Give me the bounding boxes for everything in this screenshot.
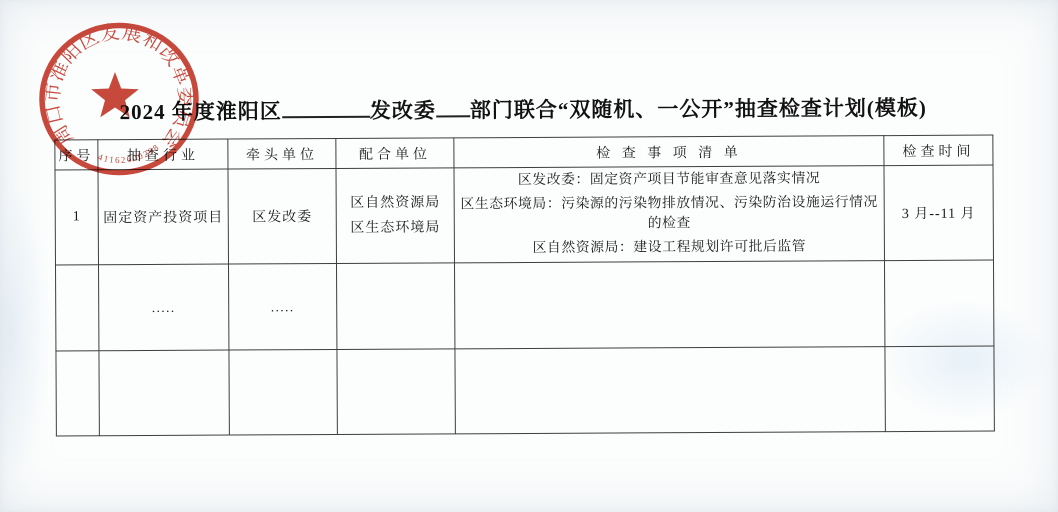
fill-in-blank-line xyxy=(282,96,370,118)
cell-inspection-items xyxy=(454,261,884,349)
cell-coop-units xyxy=(337,349,455,435)
table-header-row: 序号 抽查行业 牵头单位 配合单位 检 查 事 项 清 单 检查时间 xyxy=(55,135,993,170)
inspection-plan-table: 序号 抽查行业 牵头单位 配合单位 检 查 事 项 清 单 检查时间 1 固定资… xyxy=(54,135,995,437)
inspection-item: 区自然资源局：建设工程规划许可批后监管 xyxy=(455,236,884,258)
cell-schedule xyxy=(884,260,993,347)
header-items: 检 查 事 项 清 单 xyxy=(454,136,884,168)
fill-in-blank-line xyxy=(436,95,470,117)
coop-unit: 区生态环境局 xyxy=(337,215,454,241)
cell-industry: 固定资产投资项目 xyxy=(98,169,228,265)
cell-lead-unit xyxy=(229,349,337,435)
coop-unit: 区自然资源局 xyxy=(337,190,454,216)
inspection-item: 区生态环境局：污染源的污染物排放情况、污染防治设施运行情况的检查 xyxy=(455,192,884,234)
document-content: 2024 年度淮阳区发改委部门联合“双随机、一公开”抽查检查计划(模板) 序号 … xyxy=(54,92,994,437)
cell-schedule: 3 月--11 月 xyxy=(884,165,993,261)
inspection-item: 区发改委：固定资产项目节能审查意见落实情况 xyxy=(455,168,884,190)
cell-inspection-items xyxy=(455,347,885,434)
cell-coop-units: 区自然资源局 区生态环境局 xyxy=(336,168,454,264)
table-row: 1 固定资产投资项目 区发改委 区自然资源局 区生态环境局 区发改委：固定资产项… xyxy=(55,165,993,265)
title-suffix: 部门联合“双随机、一公开”抽查检查计划(模板) xyxy=(470,92,927,124)
cell-coop-units xyxy=(336,263,454,350)
cell-seq xyxy=(55,265,98,351)
title-prefix: 2024 年度淮阳区 xyxy=(119,95,281,126)
header-industry: 抽查行业 xyxy=(98,139,228,170)
cell-lead-unit: ..... xyxy=(228,263,336,350)
document-title: 2024 年度淮阳区发改委部门联合“双随机、一公开”抽查检查计划(模板) xyxy=(54,92,992,129)
header-seq: 序号 xyxy=(55,140,98,170)
title-department: 发改委 xyxy=(370,94,436,124)
table-row: ..... ..... xyxy=(55,260,993,351)
header-lead-unit: 牵头单位 xyxy=(228,138,336,169)
cell-industry xyxy=(99,350,229,436)
cell-seq: 1 xyxy=(55,170,98,265)
cell-industry: ..... xyxy=(98,264,228,351)
header-coop-unit: 配合单位 xyxy=(336,138,454,169)
scanned-document-page: { "document": { "title": { "prefix": "20… xyxy=(0,0,1058,512)
cell-schedule xyxy=(885,346,994,432)
cell-seq xyxy=(56,351,99,436)
cell-inspection-items: 区发改委：固定资产项目节能审查意见落实情况 区生态环境局：污染源的污染物排放情况… xyxy=(454,166,884,263)
header-schedule: 检查时间 xyxy=(884,135,993,166)
table-row xyxy=(56,346,994,436)
cell-lead-unit: 区发改委 xyxy=(228,168,336,264)
